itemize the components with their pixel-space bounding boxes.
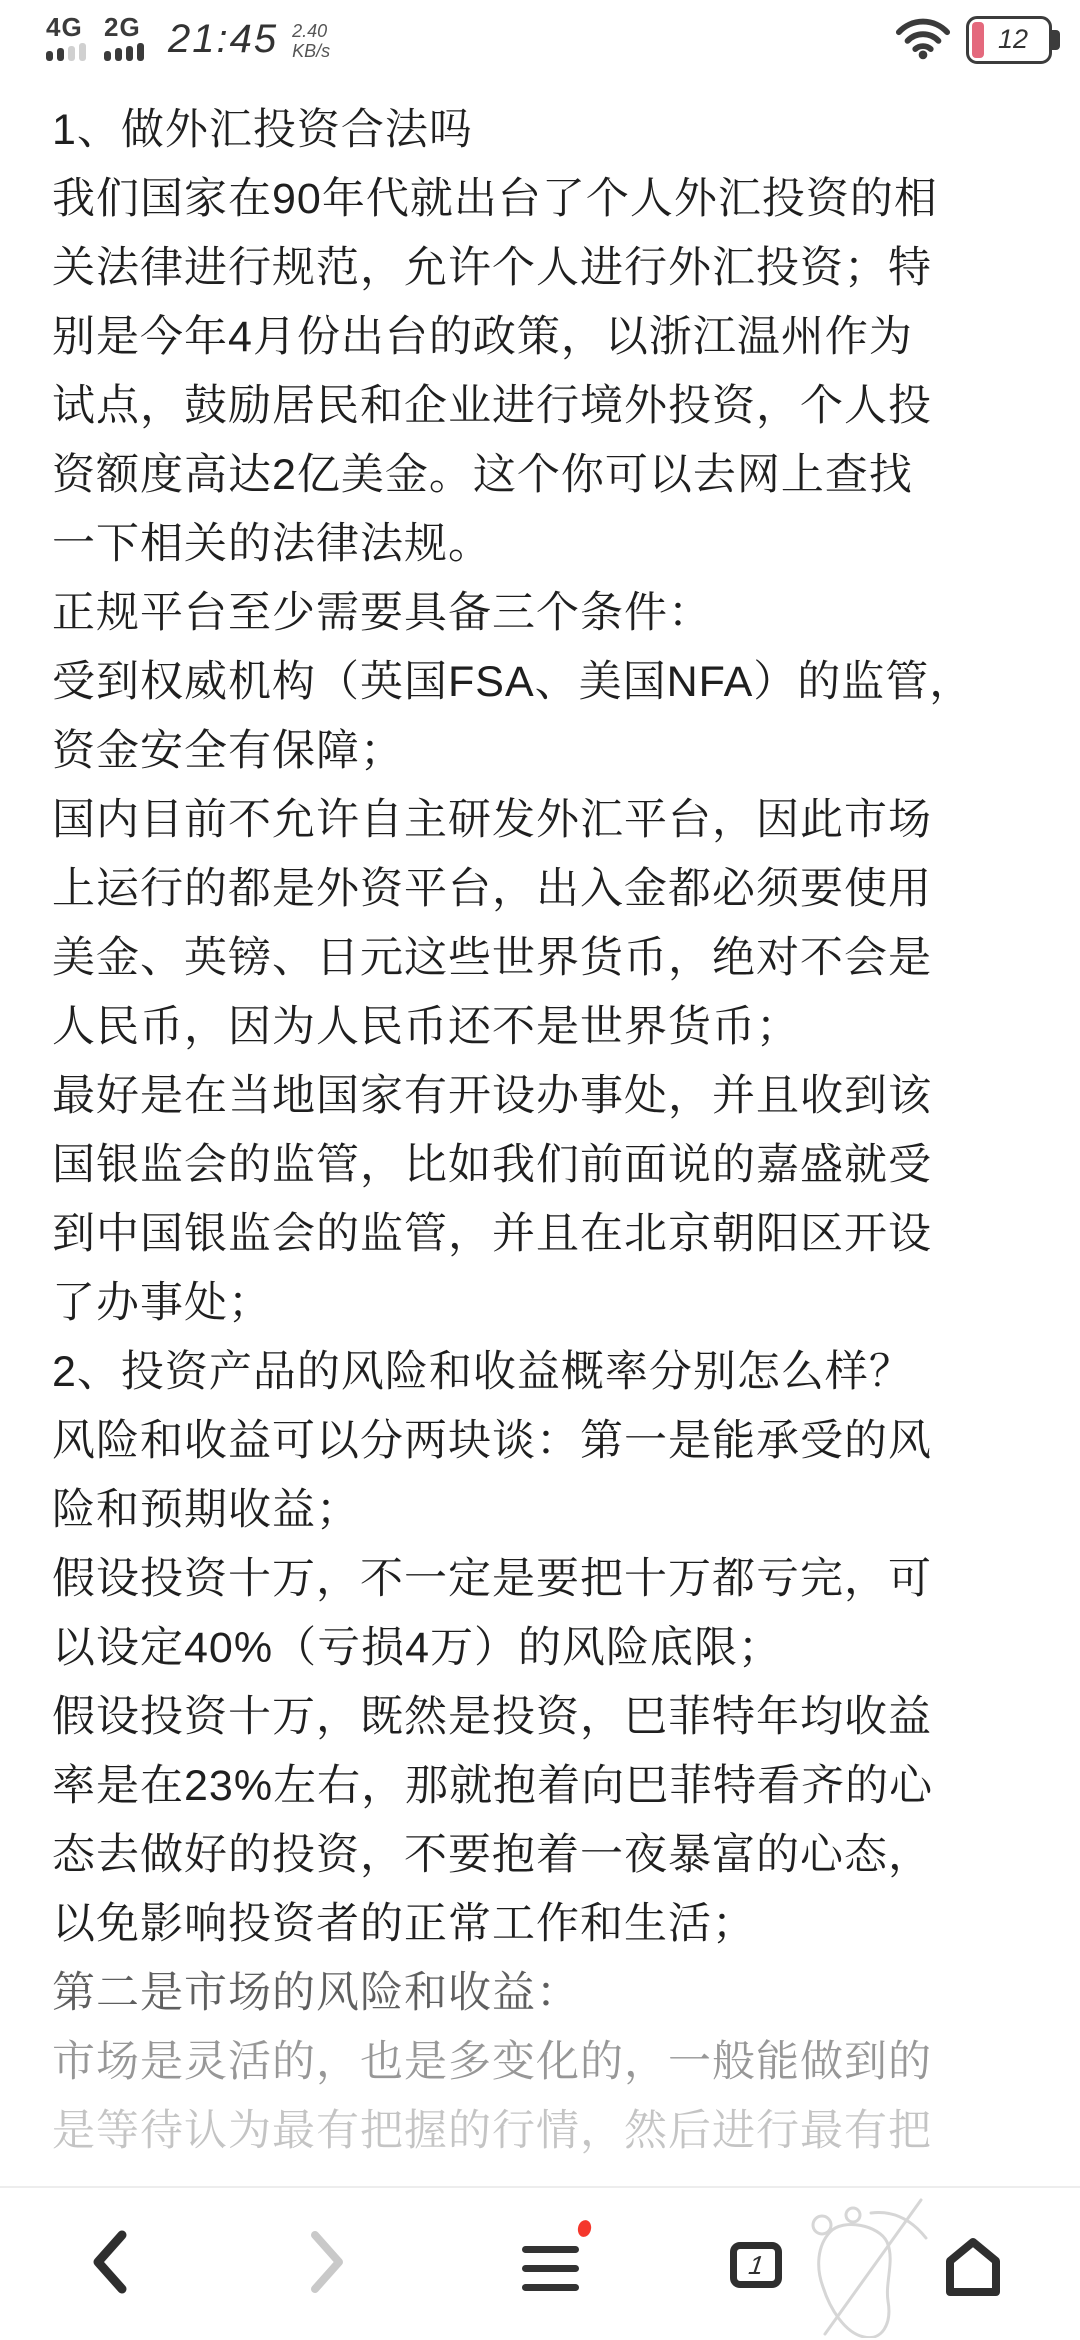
menu-button[interactable]	[522, 2246, 582, 2301]
text-line: 我们国家在90年代就出台了个人外汇投资的相	[52, 165, 1030, 234]
text-line: 市场是灵活的，也是多变化的，一般能做到的	[52, 2028, 1030, 2097]
text-line: 受到权威机构（英国FSA、美国NFA）的监管，	[52, 648, 1030, 717]
status-left-group: 4G 2G 21:45 2.40 KB/s	[46, 14, 330, 61]
battery-cap	[1052, 30, 1060, 50]
text-line: 资金安全有保障；	[52, 717, 1030, 786]
sim1-signal: 4G	[46, 14, 90, 61]
signal-bar	[137, 43, 144, 61]
signal-bar	[68, 46, 75, 61]
text-line: 风险和收益可以分两块谈：第一是能承受的风	[52, 1407, 1030, 1476]
text-line: 了办事处；	[52, 1269, 1030, 1338]
text-line: 1、做外汇投资合法吗	[52, 96, 1030, 165]
sim2-network-type-label: 2G	[104, 14, 141, 40]
signal-bar	[104, 51, 111, 61]
text-line: 别是今年4月份出台的政策，以浙江温州作为	[52, 303, 1030, 372]
text-line: 率是在23%左右，那就抱着向巴菲特看齐的心	[52, 1752, 1030, 1821]
text-line: 正规平台至少需要具备三个条件：	[52, 579, 1030, 648]
text-line: 上运行的都是外资平台，出入金都必须要使用	[52, 855, 1030, 924]
signal-bar	[79, 43, 86, 61]
sim2-signal: 2G	[104, 14, 148, 61]
text-line: 国银监会的监管，比如我们前面说的嘉盛就受	[52, 1131, 1030, 1200]
text-line: 以设定40%（亏损4万）的风险底限；	[52, 1614, 1030, 1683]
text-line: 国内目前不允许自主研发外汇平台，因此市场	[52, 786, 1030, 855]
text-line: 试点，鼓励居民和企业进行境外投资，个人投	[52, 372, 1030, 441]
text-line: 是等待认为最有把握的行情，然后进行最有把	[52, 2097, 1030, 2166]
text-line: 最好是在当地国家有开设办事处，并且收到该	[52, 1062, 1030, 1131]
status-right-group: 12	[894, 14, 1052, 65]
text-line: 一下相关的法律法规。	[52, 510, 1030, 579]
signal-bar	[126, 46, 133, 61]
tab-count-text: 1	[747, 2250, 766, 2281]
signal-bar	[57, 48, 64, 61]
network-speed: 2.40 KB/s	[292, 21, 330, 61]
text-line: 资额度高达2亿美金。这个你可以去网上查找	[52, 441, 1030, 510]
text-line: 2、投资产品的风险和收益概率分别怎么样？	[52, 1338, 1030, 1407]
text-line: 人民币，因为人民币还不是世界货币；	[52, 993, 1030, 1062]
wifi-icon	[894, 14, 952, 65]
network-speed-value: 2.40	[292, 21, 330, 41]
text-line: 到中国银监会的监管，并且在北京朝阳区开设	[52, 1200, 1030, 1269]
sim1-signal-bars-icon	[46, 43, 90, 61]
sim2-signal-bars-icon	[104, 43, 148, 61]
battery-percent-text: 12	[969, 19, 1049, 61]
text-line: 态去做好的投资，不要抱着一夜暴富的心态，	[52, 1821, 1030, 1890]
text-line: 险和预期收益；	[52, 1476, 1030, 1545]
forward-button[interactable]	[305, 2230, 347, 2299]
text-line: 假设投资十万，不一定是要把十万都亏完，可	[52, 1545, 1030, 1614]
battery-icon: 12	[966, 16, 1052, 64]
signal-bar	[46, 51, 53, 61]
text-lines: 1、做外汇投资合法吗我们国家在90年代就出台了个人外汇投资的相关法律进行规范，允…	[52, 96, 1030, 2166]
status-bar: 4G 2G 21:45 2.40 KB/s 12	[0, 0, 1080, 72]
text-line: 假设投资十万，既然是投资，巴菲特年均收益	[52, 1683, 1030, 1752]
text-line: 美金、英镑、日元这些世界货币，绝对不会是	[52, 924, 1030, 993]
clock-text: 21:45	[168, 17, 278, 61]
tabs-button[interactable]: 1	[730, 2242, 782, 2288]
browser-nav-bar: 1	[0, 2186, 1080, 2340]
text-line: 关法律进行规范，允许个人进行外汇投资；特	[52, 234, 1030, 303]
back-button[interactable]	[90, 2230, 132, 2299]
text-line: 以免影响投资者的正常工作和生活；	[52, 1890, 1030, 1959]
article-content: 1、做外汇投资合法吗我们国家在90年代就出台了个人外汇投资的相关法律进行规范，允…	[52, 96, 1030, 2166]
home-button[interactable]	[946, 2238, 1000, 2301]
menu-notification-badge	[576, 2219, 593, 2239]
sim1-network-type-label: 4G	[46, 14, 83, 40]
text-line: 第二是市场的风险和收益：	[52, 1959, 1030, 2028]
signal-bar	[115, 48, 122, 61]
network-speed-unit: KB/s	[292, 41, 330, 61]
